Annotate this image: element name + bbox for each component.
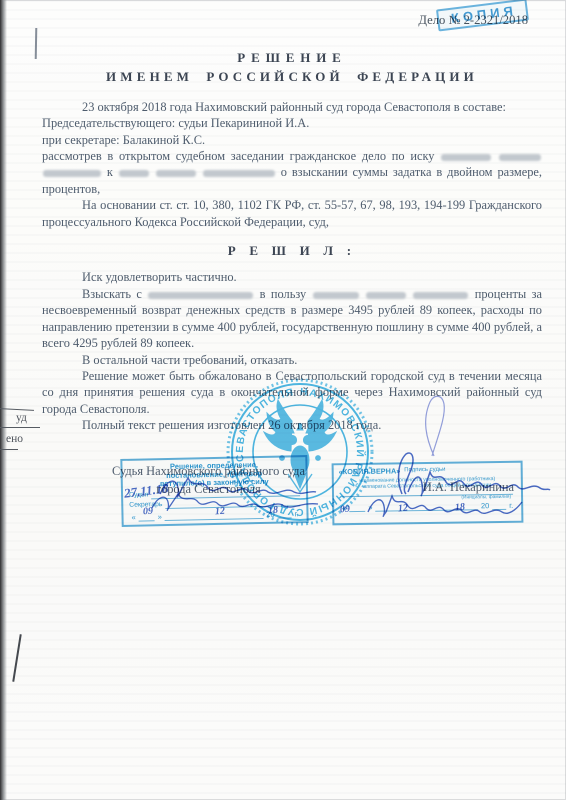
secretary-signature-line [165,498,300,509]
judge-name: И.А. Пекаринина [423,479,514,498]
redacted-text [499,154,541,161]
paragraph: Решение может быть обжаловано в Севастоп… [42,368,542,417]
redacted-text [156,170,196,177]
paragraph: при секретаре: Балакиной К.С. [42,132,542,148]
pen-mark-top [35,28,37,59]
document-page: Дело № 2-2321/2018 КОПИЯ РЕШЕНИЕ ИМЕНЕМ … [42,12,542,498]
redacted-text [441,154,491,161]
handwritten-year-right: 18 [454,502,465,514]
edge-stamp-line [0,427,40,428]
pen-mark-bottom [12,634,21,682]
case-number-row: Дело № 2-2321/2018 КОПИЯ [42,12,542,34]
date-quote: « [342,504,346,513]
redacted-text [366,292,406,299]
handwritten-day-right: 09 [340,504,351,516]
date-year-suffix: г. [509,501,513,510]
date-quote: « [131,512,135,521]
date-quote: » [368,503,372,512]
paragraph: рассмотрев в открытом судебном заседании… [42,148,542,197]
document-title: РЕШЕНИЕ ИМЕНЕМ РОССИЙСКОЙ ФЕДЕРАЦИИ [42,50,542,86]
edge-stamp-fragment: уд ено [0,403,40,450]
handwritten-year-left: 18 [268,505,279,517]
paragraph: Иск удовлетворить частично. [42,269,542,285]
handwritten-month-right: 12 [397,503,408,515]
signature-left-line2: города Севастополя [112,480,305,498]
paragraph: Председательствующего: судьи Пекарининой… [42,115,542,131]
date-year-prefix: 20 [481,502,489,511]
edge-stamp-line [0,449,18,450]
date-year-line [278,510,292,518]
scan-left-shadow [0,0,7,800]
redacted-text [148,292,253,299]
title-line-1: РЕШЕНИЕ [42,50,542,66]
edge-stamp-text-2: ено [0,433,40,445]
paragraph: На основании ст. ст. 10, 380, 1102 ГК РФ… [42,197,542,230]
signature-left-line1: Судья Нахимовского районного суда [112,462,305,480]
paragraph: 23 октября 2018 года Нахимовский районны… [42,99,542,115]
date-day-line [139,513,155,521]
paragraph: В остальной части требований, отказать. [42,352,542,368]
document-body: 23 октября 2018 года Нахимовский районны… [42,99,542,434]
redacted-text [313,292,359,299]
date-year-line [492,502,506,510]
copy-stamp: КОПИЯ [436,0,529,32]
date-year-suffix: г. [294,509,298,518]
paragraph: Взыскать с в пользу проценты за несвоевр… [42,286,542,352]
title-line-2: ИМЕНЕМ РОССИЙСКОЙ ФЕДЕРАЦИИ [42,69,542,85]
edge-stamp-text-1: уд [0,412,40,424]
signature-left: Судья Нахимовского районного суда города… [112,462,305,498]
paragraph: Полный текст решения изготовлен 26 октяб… [42,417,542,433]
redacted-text [119,170,149,177]
edge-stamp-line [0,408,34,411]
handwritten-month-left: 12 [215,506,226,518]
redacted-text [43,170,101,177]
date-year-prefix: 20 [266,510,275,519]
date-day-line [349,504,365,512]
redacted-text [203,170,275,177]
signature-block: Судья Нахимовского районного суда города… [42,462,542,498]
redacted-text [413,292,468,299]
resolution-heading: Р Е Ш И Л : [42,243,542,259]
handwritten-day-left: 09 [143,506,154,518]
date-month-line [375,503,478,512]
date-quote: » [158,512,162,521]
date-month-line [165,511,264,521]
secretary-field-label: Секретарь [129,501,162,510]
